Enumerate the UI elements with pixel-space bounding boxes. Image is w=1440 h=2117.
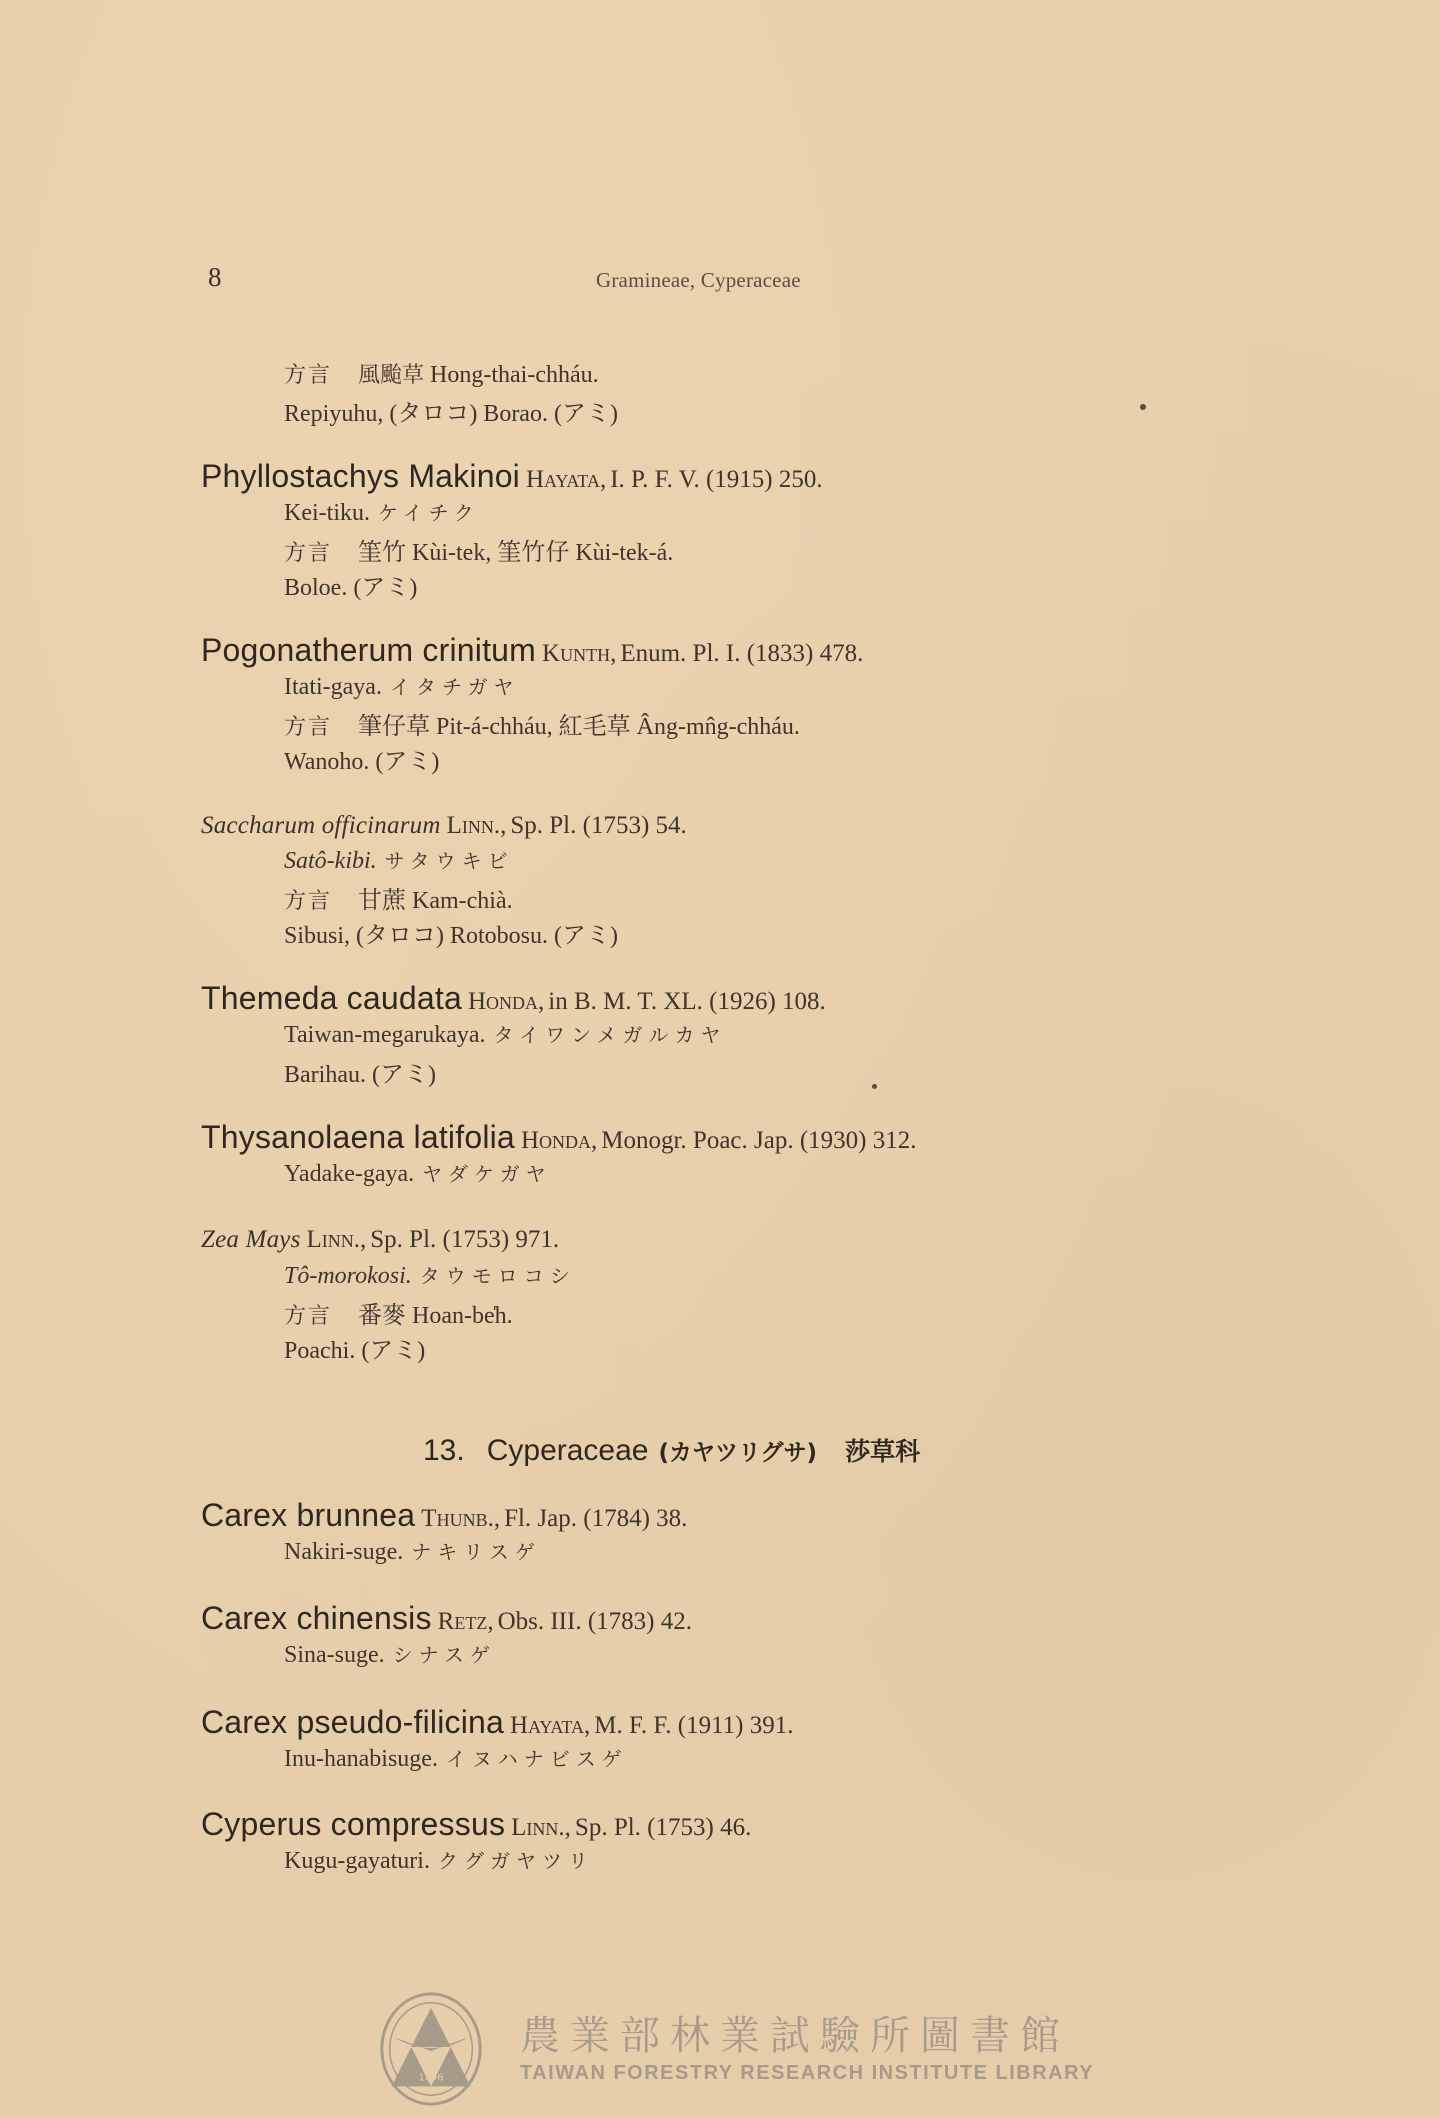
author: Linn., [447,812,507,839]
author: Honda, [468,988,544,1015]
japanese-kana: クグガヤツリ [438,1849,594,1873]
scientific-name: Saccharum officinarum [201,812,441,839]
dialect-line: 方言番麥 Hoan-be̍h. [284,1295,513,1330]
dialect-text: 甘蔗 Kam-chià. [358,888,513,914]
japanese-romaji: Kugu-gayaturi. [284,1848,430,1874]
scientific-name: Carex brunnea [201,1497,415,1533]
family-number: 13. [423,1434,465,1467]
dialect-prefix: 方言 [284,889,332,914]
japanese-name-line: Nakiri-suge.ナキリスゲ [284,1536,541,1566]
native-names-line: Sibusi, (タロコ) Rotobosu. (アミ) [284,915,618,950]
scientific-name: Phyllostachys Makinoi [201,458,520,494]
entry-heading: Themeda caudataHonda, in B. M. T. XL. (1… [201,980,826,1017]
library-name-chinese: 農業部林業試驗所圖書館 [520,2004,1070,2061]
native-names-line: Boloe. (アミ) [284,567,417,602]
dialect-text: 筀竹 Kùi-tek, 筀竹仔 Kùi-tek-á. [358,540,673,566]
dialect-line: 方言筀竹 Kùi-tek, 筀竹仔 Kùi-tek-á. [284,532,673,567]
japanese-name-line: Taiwan-megarukaya.タイワンメガルカヤ [284,1019,727,1049]
japanese-name-line: Kugu-gayaturi.クグガヤツリ [284,1845,594,1875]
citation: Sp. Pl. (1753) 46. [575,1814,751,1841]
author: Linn., [511,1814,571,1841]
dialect-prefix: 方言 [284,541,332,566]
family-heading: 13.Cyperaceae(カヤツリグサ)莎草科 [423,1432,920,1468]
japanese-kana: イタチガヤ [390,675,520,699]
japanese-kana: イヌハナビスゲ [446,1747,628,1771]
japanese-name-line: Satô-kibi.サタウキビ [284,845,514,875]
japanese-kana: ヤダケガヤ [422,1162,551,1186]
dialect-prefix: 方言 [284,715,332,740]
native-names-line: Poachi. (アミ) [284,1330,425,1365]
japanese-kana: ナキリスゲ [411,1540,541,1564]
author: Hayata, [526,466,606,493]
entry-heading: Cyperus compressusLinn., Sp. Pl. (1753) … [201,1806,751,1843]
dialect-prefix: 方言 [284,363,332,388]
scientific-name: Carex pseudo-filicina [201,1704,504,1740]
paper-speck [1140,404,1146,410]
running-title: Gramineae, Cyperaceae [596,268,801,293]
native-names-line: Barihau. (アミ) [284,1054,436,1089]
japanese-kana: タウモロコシ [420,1264,576,1288]
dialect-line: 方言甘蔗 Kam-chià. [284,880,513,915]
native-names-line: Repiyuhu, (タロコ) Borao. (アミ) [284,393,618,428]
citation: Sp. Pl. (1753) 971. [370,1226,559,1253]
author: Retz, [438,1608,494,1635]
scientific-name: Thysanolaena latifolia [201,1119,515,1155]
paper-speck [872,1084,877,1089]
japanese-name-line: Sina-suge.シナスゲ [284,1639,496,1669]
japanese-name-line: Itati-gaya.イタチガヤ [284,671,520,701]
japanese-romaji: Yadake-gaya. [284,1161,414,1187]
japanese-kana: シナスゲ [393,1643,496,1667]
japanese-name-line: Tô-morokosi.タウモロコシ [284,1260,576,1290]
scientific-name: Zea Mays [201,1226,301,1253]
author: Kunth, [542,640,616,667]
entry-heading: Saccharum officinarumLinn., Sp. Pl. (175… [201,812,687,840]
library-logo-icon: 1896 [372,1990,490,2108]
japanese-romaji: Tô-morokosi. [284,1263,412,1289]
japanese-romaji: Satô-kibi. [284,848,377,874]
japanese-romaji: Kei-tiku. [284,500,370,526]
citation: Sp. Pl. (1753) 54. [510,812,686,839]
family-chinese-name: 莎草科 [845,1437,920,1466]
japanese-kana: サタウキビ [385,849,514,873]
citation: I. P. F. V. (1915) 250. [610,466,822,493]
entry-heading: Thysanolaena latifoliaHonda, Monogr. Poa… [201,1119,917,1156]
entry-heading: Pogonatherum crinitumKunth, Enum. Pl. I.… [201,632,863,669]
japanese-kana: ケイチク [378,501,480,525]
citation: M. F. F. (1911) 391. [594,1712,793,1739]
japanese-romaji: Nakiri-suge. [284,1539,403,1565]
scientific-name: Themeda caudata [201,980,462,1016]
svg-text:1896: 1896 [418,2072,443,2083]
citation: Obs. III. (1783) 42. [498,1608,692,1635]
page-number: 8 [208,262,222,293]
entry-heading: Carex brunneaThunb., Fl. Jap. (1784) 38. [201,1497,687,1534]
library-watermark: 1896 農業部林業試驗所圖書館 TAIWAN FORESTRY RESEARC… [372,1990,1092,2110]
scientific-name: Carex chinensis [201,1600,432,1636]
author: Thunb., [421,1505,500,1532]
dialect-romanized: Hong-thai-chháu. [430,362,599,388]
dialect-prefix: 方言 [284,1304,332,1329]
citation: Fl. Jap. (1784) 38. [504,1505,687,1532]
dialect-text: 番麥 Hoan-be̍h. [358,1303,513,1329]
author: Linn., [307,1226,367,1253]
citation: in B. M. T. XL. (1926) 108. [548,988,826,1015]
dialect-line: 方言風颱草 Hong-thai-chháu. [284,358,599,389]
japanese-name-line: Yadake-gaya.ヤダケガヤ [284,1158,552,1188]
scientific-name: Cyperus compressus [201,1806,505,1842]
entry-heading: Carex chinensisRetz, Obs. III. (1783) 42… [201,1600,692,1637]
japanese-name-line: Kei-tiku.ケイチク [284,497,480,527]
entry-heading: Phyllostachys MakinoiHayata, I. P. F. V.… [201,458,823,495]
dialect-chinese: 風颱草 [358,363,424,388]
citation: Enum. Pl. I. (1833) 478. [620,640,863,667]
japanese-romaji: Itati-gaya. [284,674,382,700]
japanese-kana: タイワンメガルカヤ [494,1023,727,1047]
scientific-name: Pogonatherum crinitum [201,632,536,668]
entry-heading: Zea MaysLinn., Sp. Pl. (1753) 971. [201,1226,559,1254]
dialect-text: 筆仔草 Pit-á-chháu, 紅毛草 Âng-mn̂g-chháu. [358,714,800,740]
japanese-romaji: Taiwan-megarukaya. [284,1022,486,1048]
family-japanese-name: (カヤツリグサ) [658,1440,817,1466]
japanese-romaji: Sina-suge. [284,1642,385,1668]
document-page: 8 Gramineae, Cyperaceae 方言風颱草 Hong-thai-… [0,0,1440,2117]
family-name: Cyperaceae [487,1434,649,1467]
japanese-name-line: Inu-hanabisuge.イヌハナビスゲ [284,1743,628,1773]
running-head: 8 Gramineae, Cyperaceae [0,262,1440,302]
native-names-line: Wanoho. (アミ) [284,741,439,776]
japanese-romaji: Inu-hanabisuge. [284,1746,438,1772]
citation: Monogr. Poac. Jap. (1930) 312. [601,1127,916,1154]
author: Honda, [521,1127,597,1154]
dialect-line: 方言筆仔草 Pit-á-chháu, 紅毛草 Âng-mn̂g-chháu. [284,706,800,741]
library-name-english: TAIWAN FORESTRY RESEARCH INSTITUTE LIBRA… [520,2062,1094,2085]
entry-heading: Carex pseudo-filicinaHayata, M. F. F. (1… [201,1704,794,1741]
author: Hayata, [510,1712,590,1739]
